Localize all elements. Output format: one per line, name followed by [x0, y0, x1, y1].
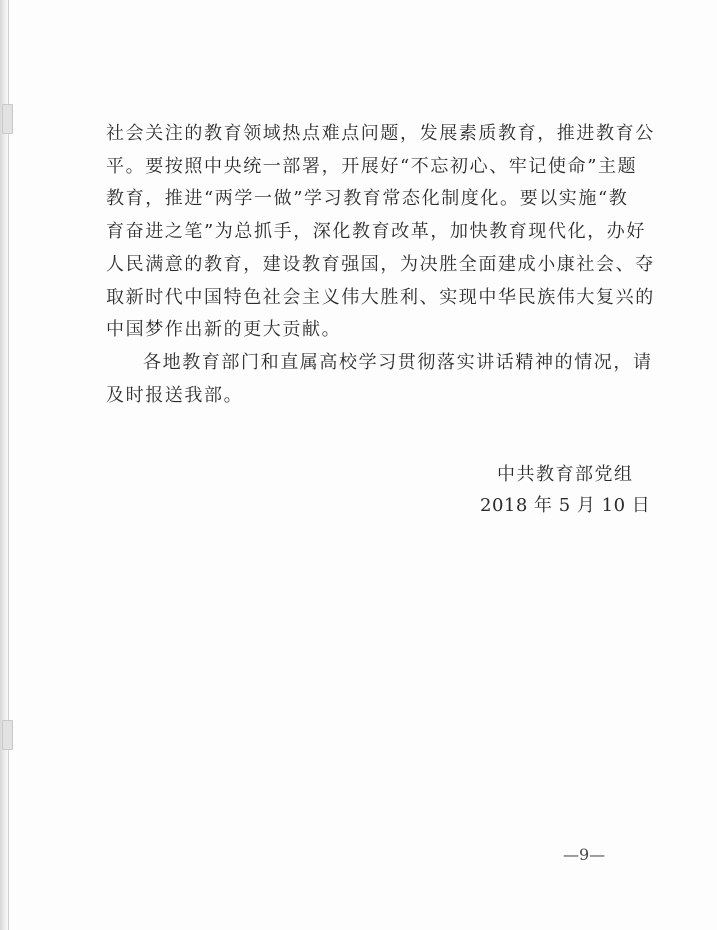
paragraph-2: 各地教育部门和直属高校学习贯彻落实讲话精神的情况，请 及时报送我部。 [106, 347, 616, 412]
signature-date: 2018 年 5 月 10 日 [480, 491, 650, 517]
text-line: 各地教育部门和直属高校学习贯彻落实讲话精神的情况，请 [106, 347, 616, 380]
staple-mark [2, 720, 13, 750]
binding-edge [0, 0, 9, 930]
staple-mark [2, 104, 13, 134]
text-line: 社会关注的教育领域热点难点问题，发展素质教育，推进教育公 [106, 118, 616, 151]
page-number: —9— [563, 845, 605, 864]
paragraph-1: 社会关注的教育领域热点难点问题，发展素质教育，推进教育公 平。要按照中央统一部署… [106, 118, 616, 347]
signature-organization: 中共教育部党组 [497, 460, 634, 486]
text-line: 中国梦作出新的更大贡献。 [106, 314, 616, 347]
text-line: 育奋进之笔”为总抓手，深化教育改革，加快教育现代化，办好 [106, 216, 616, 249]
text-line: 人民满意的教育，建设教育强国，为决胜全面建成小康社会、夺 [106, 249, 616, 282]
text-line: 取新时代中国特色社会主义伟大胜利、实现中华民族伟大复兴的 [106, 282, 616, 315]
text-line: 及时报送我部。 [106, 380, 616, 413]
text-line: 平。要按照中央统一部署，开展好“不忘初心、牢记使命”主题 [106, 151, 616, 184]
text-line: 教育，推进“两学一做”学习教育常态化制度化。要以实施“教 [106, 183, 616, 216]
document-body: 社会关注的教育领域热点难点问题，发展素质教育，推进教育公 平。要按照中央统一部署… [106, 118, 616, 412]
